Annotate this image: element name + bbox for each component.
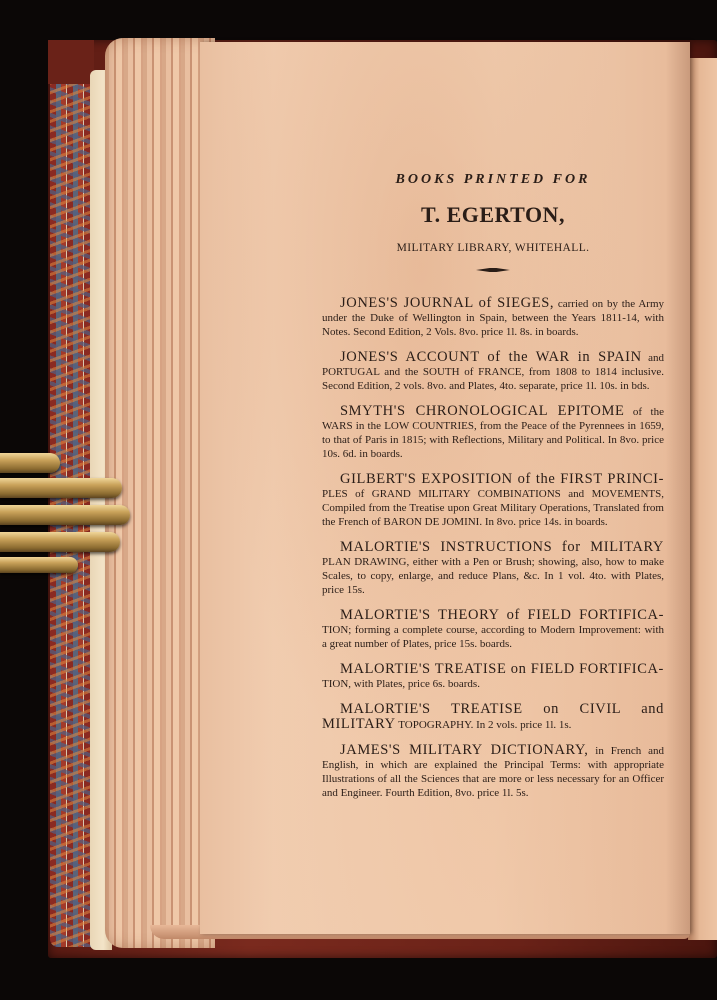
- entry-title: JONES'S ACCOUNT of the WAR in SPAIN: [340, 349, 642, 365]
- entry-title: GILBERT'S EXPOSITION of the FIRST PRINCI…: [340, 471, 664, 487]
- book-entry: MALORTIE'S TREATISE on FIELD FORTIFICA-T…: [322, 662, 664, 691]
- facing-page-edge: [688, 58, 717, 940]
- book-entry: JONES'S JOURNAL of SIEGES, carried on by…: [322, 296, 664, 339]
- book-entry: MALORTIE'S TREATISE on CIVIL and MILITAR…: [322, 702, 664, 732]
- clasp-finger: [0, 557, 78, 573]
- header-books-printed-for: BOOKS PRINTED FOR: [322, 172, 664, 188]
- entry-title: JAMES'S MILITARY DICTIONARY,: [340, 742, 588, 758]
- entry-body: TION; forming a complete course, accordi…: [322, 624, 664, 650]
- book-entry: MALORTIE'S INSTRUCTIONS for MILITARY PLA…: [322, 540, 664, 597]
- entry-title: MALORTIE'S THEORY of FIELD FORTIFICA-: [340, 607, 664, 623]
- entry-title: JONES'S JOURNAL of SIEGES,: [340, 295, 554, 311]
- clasp-finger: [0, 478, 122, 498]
- board-corner: [48, 40, 94, 84]
- book-entry: SMYTH'S CHRONOLOGICAL EPITOME of the WAR…: [322, 404, 664, 461]
- page-text: BOOKS PRINTED FOR T. EGERTON, MILITARY L…: [322, 172, 664, 811]
- book-entry: GILBERT'S EXPOSITION of the FIRST PRINCI…: [322, 472, 664, 529]
- photo-scene: BOOKS PRINTED FOR T. EGERTON, MILITARY L…: [0, 0, 717, 1000]
- entry-body: PLAN DRAWING, either with a Pen or Brush…: [322, 556, 664, 596]
- header-address: MILITARY LIBRARY, WHITEHALL.: [322, 242, 664, 254]
- entry-title: MALORTIE'S INSTRUCTIONS for MILITARY: [340, 539, 664, 555]
- gilt-hand-clasp: [0, 445, 135, 575]
- book-entry: JAMES'S MILITARY DICTIONARY, in French a…: [322, 743, 664, 800]
- entry-title: SMYTH'S CHRONOLOGICAL EPITOME: [340, 403, 624, 419]
- entry-body: TOPOGRAPHY. In 2 vols. price 1l. 1s.: [396, 719, 572, 731]
- book-entry: MALORTIE'S THEORY of FIELD FORTIFICA-TIO…: [322, 608, 664, 651]
- entry-title: MALORTIE'S TREATISE on FIELD FORTIFICA-: [340, 661, 664, 677]
- header-publisher: T. EGERTON,: [322, 202, 664, 228]
- entry-body: PLES of GRAND MILITARY COMBINATIONS and …: [322, 488, 664, 528]
- clasp-finger: [0, 532, 120, 552]
- entry-body: TION, with Plates, price 6s. boards.: [322, 678, 480, 690]
- ornament-rule-icon: [476, 268, 510, 272]
- clasp-finger: [0, 453, 60, 473]
- book-entry: JONES'S ACCOUNT of the WAR in SPAIN and …: [322, 350, 664, 393]
- clasp-finger: [0, 505, 130, 525]
